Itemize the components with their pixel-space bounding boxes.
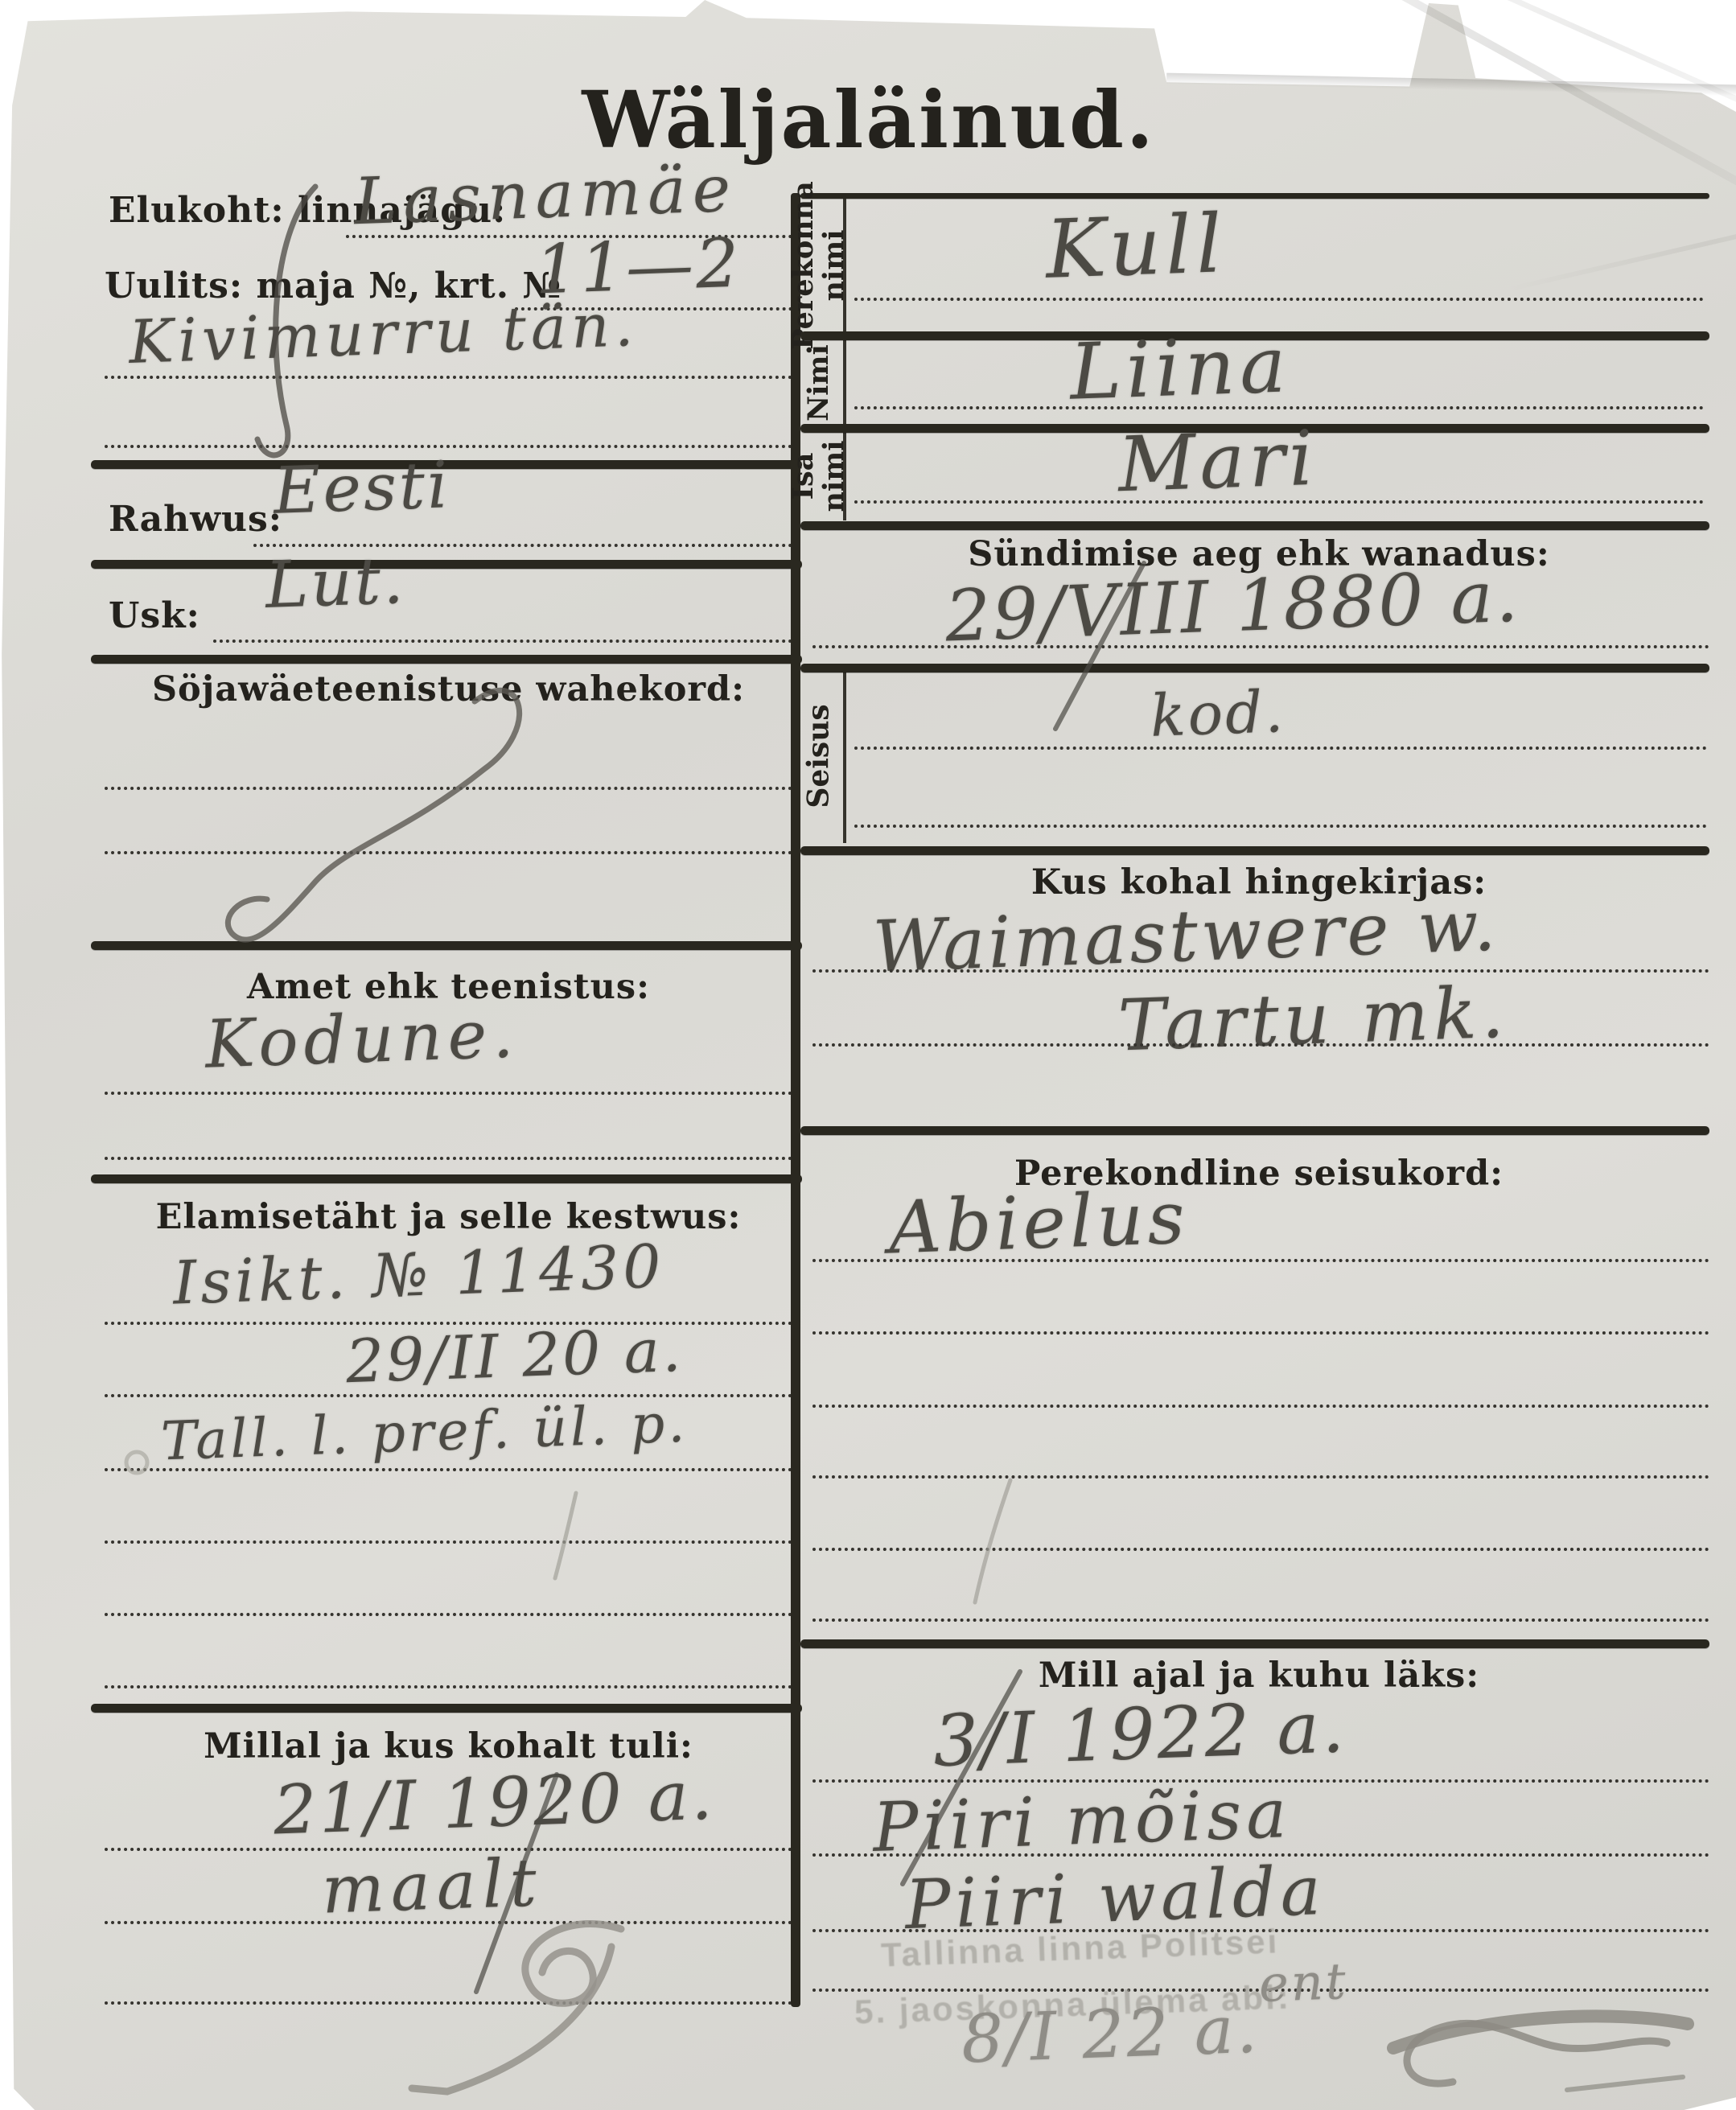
dotted-line	[812, 1618, 1709, 1622]
section-bar	[800, 664, 1709, 672]
elamisetaht-label: Elamisetäht ja selle kestwus:	[105, 1197, 792, 1237]
amet-value-handwritten: Kodune.	[204, 996, 520, 1084]
dotted-line	[213, 640, 792, 643]
sojawae-label: Söjawäeteenistuse wahekord:	[105, 669, 792, 710]
rahwus-label: Rahwus:	[109, 499, 282, 540]
dotted-line	[812, 1043, 1709, 1047]
dotted-line	[812, 645, 1709, 648]
dotted-line	[812, 1331, 1709, 1335]
dotted-line	[854, 406, 1704, 409]
perekonna-label: Perekonna nimi	[788, 181, 849, 350]
isa-label: Isa nimi	[788, 440, 849, 512]
dotted-line	[105, 1613, 792, 1616]
section-bar	[800, 846, 1709, 855]
dotted-line	[105, 1092, 792, 1095]
usk-label: Usk:	[109, 595, 200, 636]
dotted-line	[854, 825, 1707, 828]
dotted-line	[854, 500, 1704, 504]
seisus-label: Seisus	[804, 704, 835, 808]
section-bar	[91, 1174, 802, 1183]
section-bar	[91, 655, 802, 664]
dotted-line	[812, 969, 1709, 973]
dotted-line	[105, 1468, 792, 1471]
dotted-line	[105, 1921, 792, 1924]
dotted-line	[105, 1685, 792, 1688]
dotted-line	[854, 298, 1704, 301]
rahwus-value-handwritten: Eesti	[272, 447, 451, 529]
label-column-rule	[843, 672, 846, 843]
millal-line2-handwritten: maalt	[320, 1845, 544, 1929]
dotted-line	[812, 1405, 1709, 1408]
dotted-line	[812, 1259, 1709, 1262]
dotted-line	[105, 1540, 792, 1544]
elamisetaht-line2-handwritten: 29/II 20 a.	[345, 1316, 685, 1397]
perekondline-value-handwritten: Abielus	[887, 1176, 1190, 1271]
dotted-line	[105, 1157, 792, 1160]
dotted-line	[854, 747, 1707, 750]
nimi-value-handwritten: Liina	[1068, 319, 1292, 417]
stamp-date-handwritten: 8/I 22 a.	[960, 1992, 1261, 2079]
perekonna-value-handwritten: Kull	[1044, 196, 1228, 297]
section-bar	[800, 1639, 1709, 1648]
section-bar	[91, 941, 802, 950]
seisus-value-handwritten: kod.	[1150, 677, 1287, 750]
dotted-line	[105, 2001, 792, 2005]
laks-line1-handwritten: 3/I 1922 a.	[932, 1685, 1347, 1783]
stamp-annotation-handwritten: ent	[1258, 1952, 1349, 2013]
dotted-line	[105, 787, 792, 790]
usk-value-handwritten: Lut.	[264, 543, 406, 623]
scanned-registration-card: Wäljaläinud. Elukoht: linnajägu: Lasnamä…	[0, 0, 1736, 2110]
dotted-line	[105, 851, 792, 854]
dotted-line	[812, 1548, 1709, 1551]
dotted-line	[105, 1394, 792, 1397]
section-bar	[800, 193, 1709, 199]
page-title: Wäljaläinud.	[555, 74, 1183, 166]
millal-line1-handwritten: 21/I 1920 a.	[272, 1755, 715, 1849]
section-bar	[91, 560, 802, 569]
section-bar	[800, 521, 1709, 530]
isa-value-handwritten: Mari	[1117, 415, 1318, 510]
dotted-line	[105, 376, 792, 379]
dotted-line	[812, 1475, 1709, 1479]
hingekirjas-line2-handwritten: Tartu mk.	[1117, 971, 1509, 1067]
nimi-label: Nimi	[804, 344, 834, 422]
section-bar	[800, 1126, 1709, 1135]
section-bar	[91, 1704, 802, 1713]
